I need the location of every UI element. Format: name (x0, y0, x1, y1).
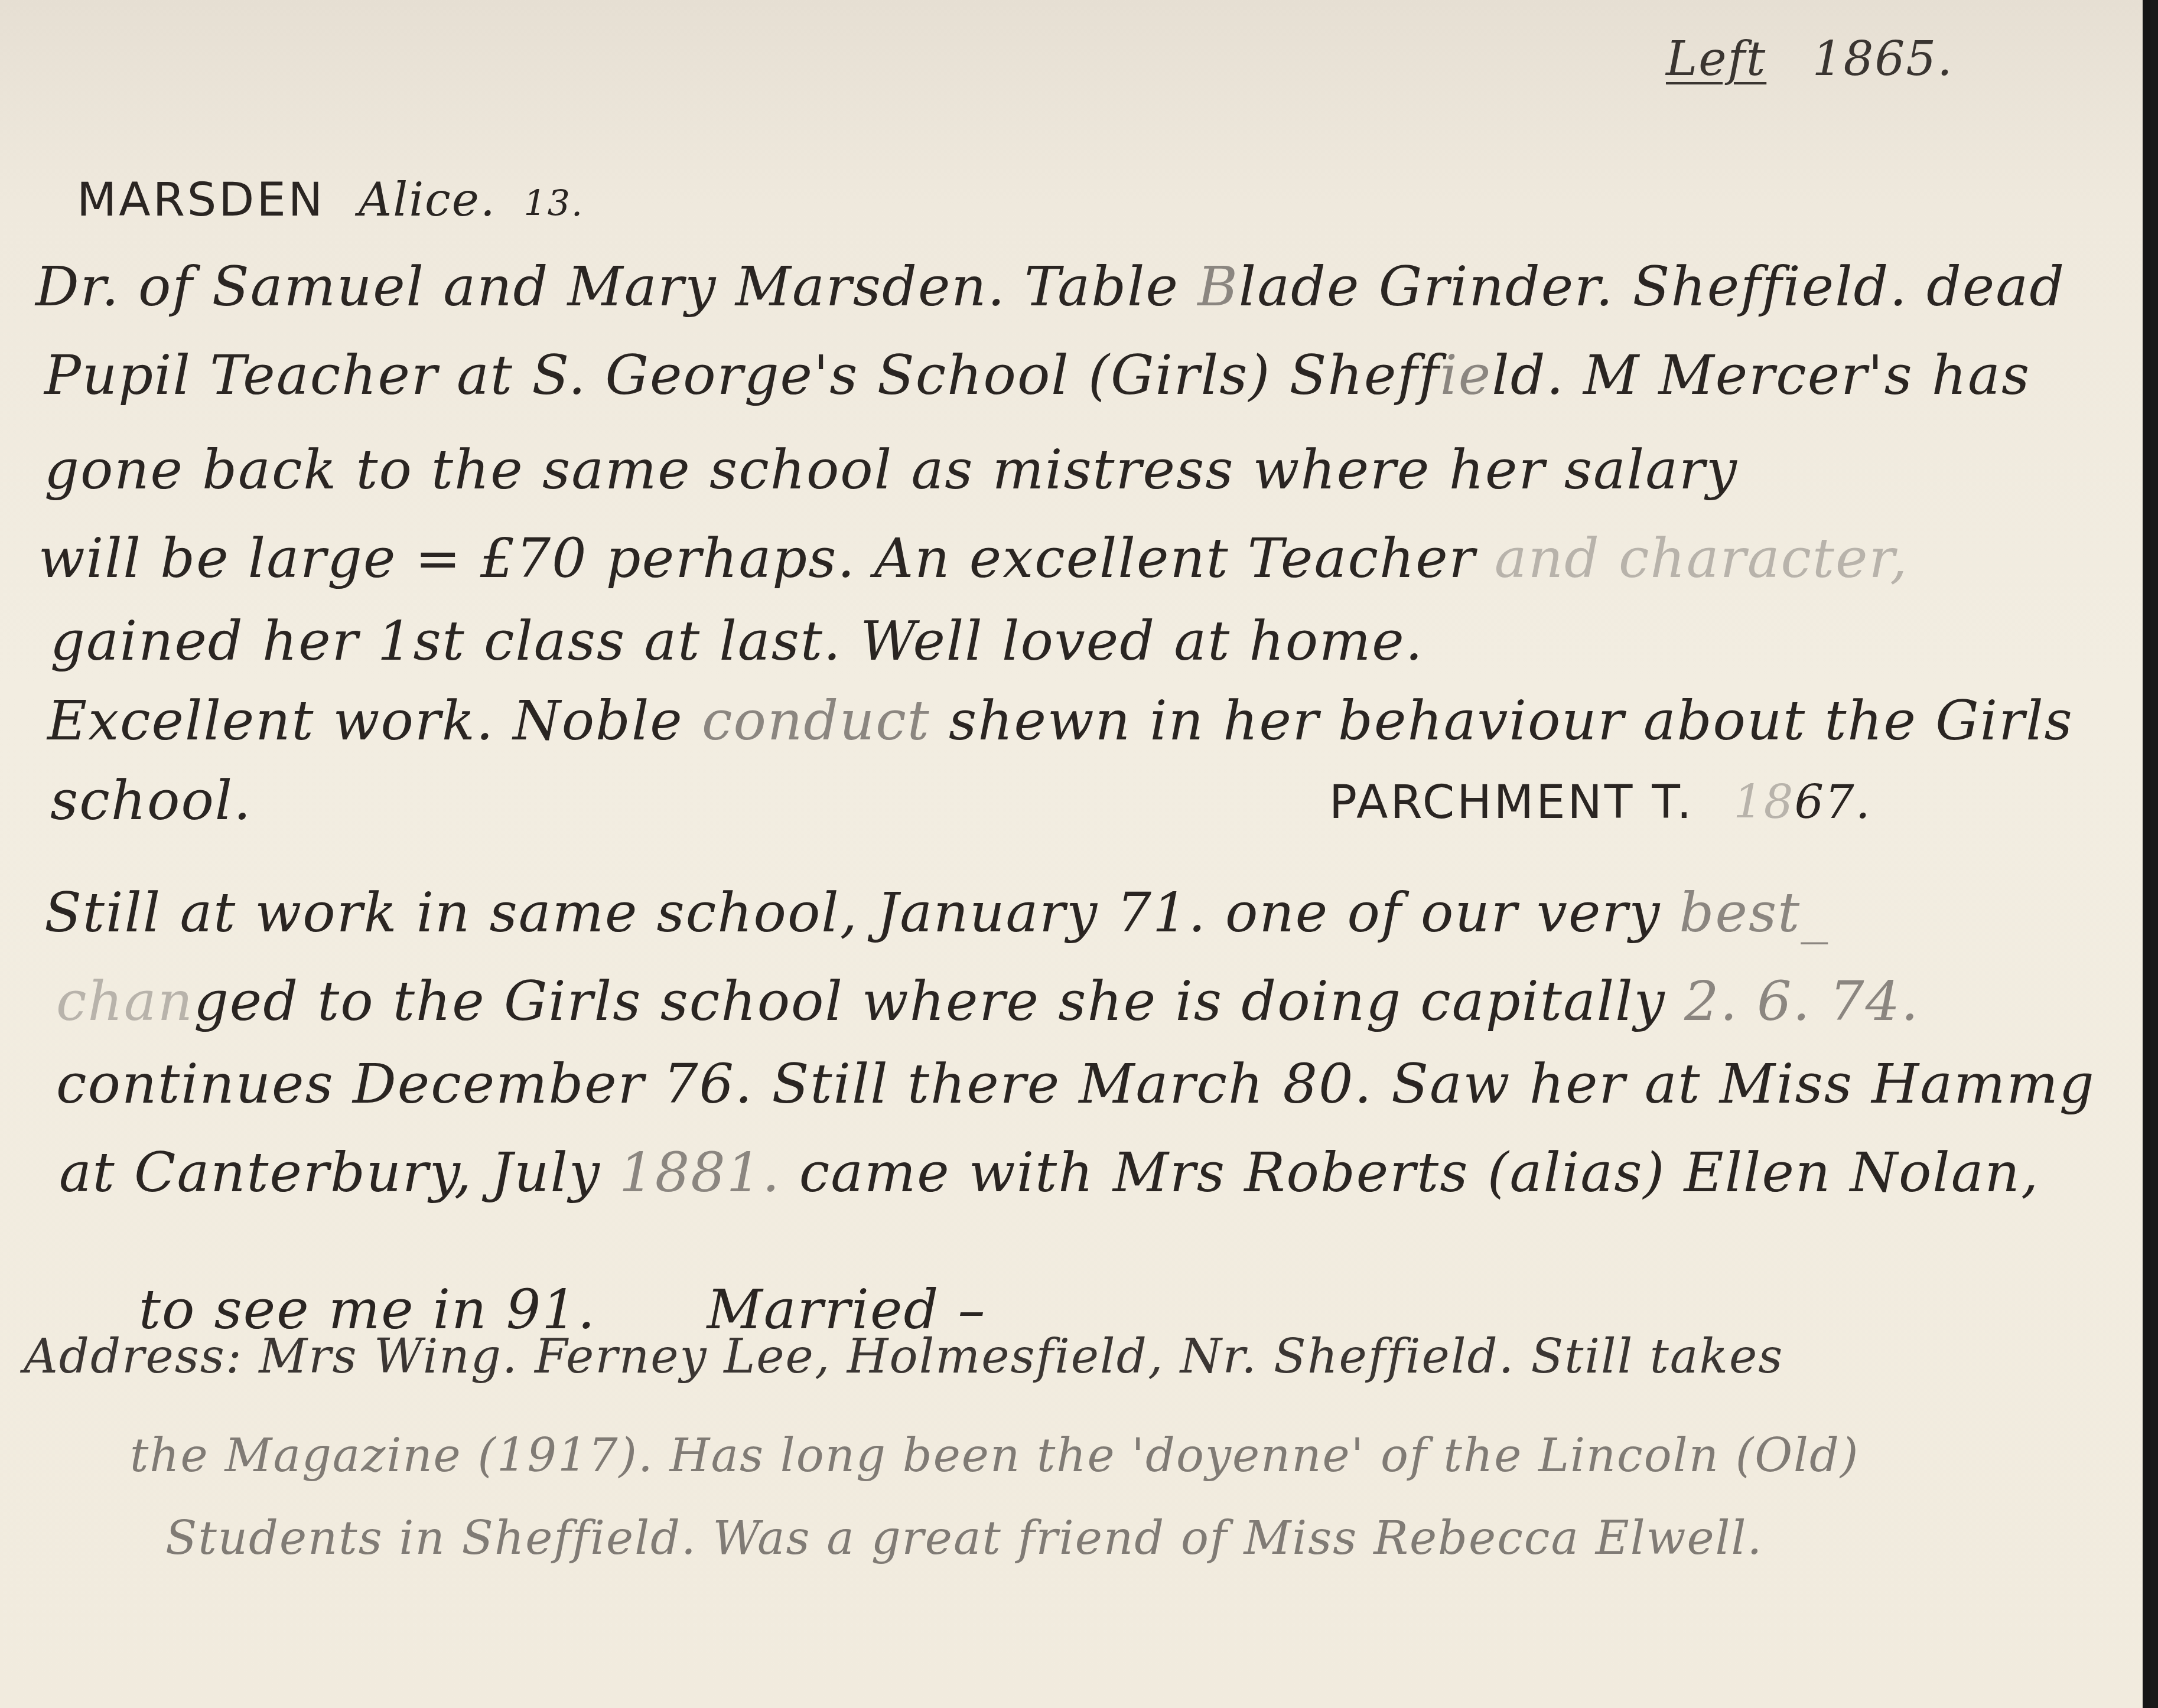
friend-note: Students in Sheffield. Was a great frien… (165, 1512, 1763, 1565)
text-segment: came with Mrs Roberts (alias) Ellen Nola… (781, 1141, 2040, 1204)
parchment-year-faded: 18 (1733, 776, 1794, 829)
parchment-year: 67. (1794, 776, 1871, 829)
later-line-1: Still at work in same school, January 71… (44, 886, 1829, 940)
text-segment-faded: B (1197, 255, 1239, 318)
body-line-3: gone back to the same school as mistress… (44, 443, 1738, 497)
text-segment: ld. M Mercer's has (1492, 344, 2030, 407)
text-segment: gained her 1st class at last. Well loved… (50, 609, 1424, 673)
text-segment: continues December 76. Still there March… (56, 1052, 2095, 1116)
text-segment: Pupil Teacher at S. George's School (Gir… (44, 344, 1440, 407)
body-line-4: will be large = £70 perhaps. An excellen… (38, 532, 1909, 586)
parchment-line: PARCHMENT T. 1867. (1329, 780, 1871, 826)
text-segment-very-faded: chan (56, 970, 194, 1033)
age: 13. (524, 183, 584, 224)
text-segment-very-faded: and character, (1495, 527, 1909, 590)
body-line-5: gained her 1st class at last. Well loved… (50, 614, 1424, 669)
register-card: Left 1865. MARSDEN Alice. 13. Dr. of Sam… (0, 0, 2150, 1708)
text-segment-faded: best_ (1679, 881, 1830, 944)
text-segment: gone back to the same school as mistress… (44, 438, 1738, 501)
later-line-3: continues December 76. Still there March… (56, 1057, 2095, 1111)
address-line-3: Students in Sheffield. Was a great frien… (165, 1512, 1763, 1565)
text-segment-faded: 1881. (619, 1141, 780, 1204)
text-segment: lade Grinder. Sheffield. dead (1239, 255, 2065, 318)
text-segment-faded: conduct (702, 689, 930, 752)
address-text: Address: Mrs Wing. Ferney Lee, Holmesfie… (24, 1329, 1783, 1384)
later-line-4: at Canterbury, July 1881. came with Mrs … (59, 1146, 2039, 1200)
magazine-note: the Magazine (1917). Has long been the '… (130, 1429, 1859, 1482)
text-segment: Still at work in same school, January 71… (44, 881, 1679, 944)
parchment-label: PARCHMENT T. (1329, 776, 1694, 829)
text-segment-faded: ie (1440, 344, 1492, 407)
address-line-2: the Magazine (1917). Has long been the '… (130, 1429, 1859, 1482)
text-segment: Excellent work. Noble (47, 689, 702, 752)
text-segment: school. (50, 769, 252, 832)
body-line-2: Pupil Teacher at S. George's School (Gir… (44, 348, 2030, 403)
forename: Alice. (359, 174, 496, 227)
address-line-1: Address: Mrs Wing. Ferney Lee, Holmesfie… (24, 1329, 1783, 1384)
body-line-7: school. (50, 774, 252, 828)
text-segment: will be large = £70 perhaps. An excellen… (38, 527, 1495, 590)
body-line-1: Dr. of Samuel and Mary Marsden. Table Bl… (35, 260, 2065, 314)
name-line: MARSDEN Alice. 13. (77, 177, 584, 223)
left-year: 1865. (1812, 31, 1954, 86)
left-word: Left (1666, 31, 1766, 86)
later-line-2: changed to the Girls school where she is… (56, 974, 1919, 1029)
body-line-6: Excellent work. Noble conduct shewn in h… (47, 694, 2074, 748)
text-segment-faded: 2. 6. 74. (1684, 970, 1919, 1033)
text-segment: at Canterbury, July (59, 1141, 619, 1204)
surname: MARSDEN (77, 174, 325, 227)
left-label: Left 1865. (1666, 35, 1954, 83)
text-segment: ged to the Girls school where she is doi… (194, 970, 1684, 1033)
text-segment: Dr. of Samuel and Mary Marsden. Table (35, 255, 1197, 318)
text-segment: shewn in her behaviour about the Girls (930, 689, 2074, 752)
